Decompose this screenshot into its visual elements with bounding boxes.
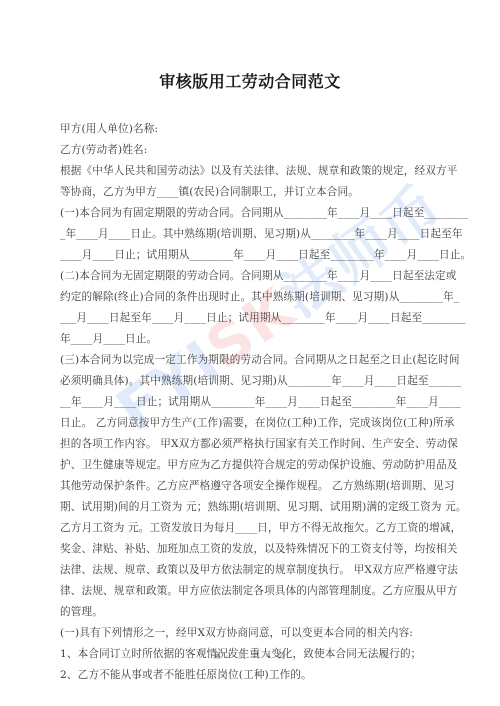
body-line: 律、法规、规章和政策。甲方应依法制定各项具体的内部管理制度。乙方应服从甲方 [60, 581, 456, 602]
document-body: 甲方(用人单位)名称: 乙方(劳动者)姓名: 根据《中华人民共和国劳动法》以及有… [60, 119, 456, 686]
body-line: 法律、法规、规章、政策以及甲方依法制定的规章制度执行。 甲X双方应严格遵守法 [60, 560, 456, 581]
body-line: 乙方(劳动者)姓名: [60, 140, 456, 161]
body-line: (三)本合同为以完成一定工作为期限的劳动合同。合同期从之日起至之日止(起讫时间 [60, 350, 456, 371]
body-line: __年____月____日止；试用期从________年____月____日起至… [60, 392, 456, 413]
body-line: (一)具有下列情形之一，经甲X双方协商同意，可以变更本合同的相关内容: [60, 623, 456, 644]
body-line: 根据《中华人民共和国劳动法》以及有关法律、法规、规章和政策的规定，经双方平 [60, 161, 456, 182]
body-line: 2、乙方不能从事或者不能胜任原岗位(工种)工作的。 [60, 665, 456, 686]
body-line: 日止。 乙方同意按甲方生产(工作)需要，在岗位(工种)工作，完成该岗位(工种)所… [60, 413, 456, 434]
body-line: 等协商，乙方为甲方____镇(农民)合同制职工，并订立本合同。 [60, 182, 456, 203]
body-line: 奖金、津贴、补贴、加班加点工资的发放，以及特殊情况下的工资支付等，均按相关 [60, 539, 456, 560]
body-line: 必须明确具体)。其中熟练期(培训期、见习期)从________年____月___… [60, 371, 456, 392]
body-line: 年____月____日止。 [60, 329, 456, 350]
body-line: 护、卫生健康等规定。甲方应为乙方提供符合规定的劳动保护设施、劳动防护用品及 [60, 455, 456, 476]
body-line: 乙方月工资为 元。工资发放日为每月____日，甲方不得无故拖欠。乙方工资的增减， [60, 518, 456, 539]
body-line: (二)本合同为无固定期限的劳动合同。合同期从________年____月____… [60, 266, 456, 287]
body-line: 约定的解除(终止)合同的条件出现时止。其中熟练期(培训期、见习期)从______… [60, 287, 456, 308]
document-title: 审核版用工劳动合同范文 [0, 69, 500, 92]
body-line: 担的各项工作内容。 甲X双方都必须严格执行国家有关工作时间、生产安全、劳动保 [60, 434, 456, 455]
body-line: (一)本合同为有固定期限的劳动合同。合同期从________年____月____… [60, 203, 456, 224]
page-footer: 第 1 页 共 4 页 [0, 650, 500, 661]
body-line: 的管理。 [60, 602, 456, 623]
body-line: _年____月____日止。其中熟练期(培训期、见习期)从________年__… [60, 224, 456, 245]
document-page: 审核版用工劳动合同范文 甲方(用人单位)名称: 乙方(劳动者)姓名: 根据《中华… [0, 0, 500, 706]
body-line: ___月____日起至年____月____日止；试用期从________年___… [60, 308, 456, 329]
body-line: 其他劳动保护条件。乙方应严格遵守各项安全操作规程。 乙方熟练期(培训期、见习 [60, 476, 456, 497]
body-line: 甲方(用人单位)名称: [60, 119, 456, 140]
body-line: 期、试用期)间的月工资为 元；熟练期(培训期、见习期、试用期)满的定级工资为 元… [60, 497, 456, 518]
body-line: ____月____日止；试用期从________年____月____日起至___… [60, 245, 456, 266]
